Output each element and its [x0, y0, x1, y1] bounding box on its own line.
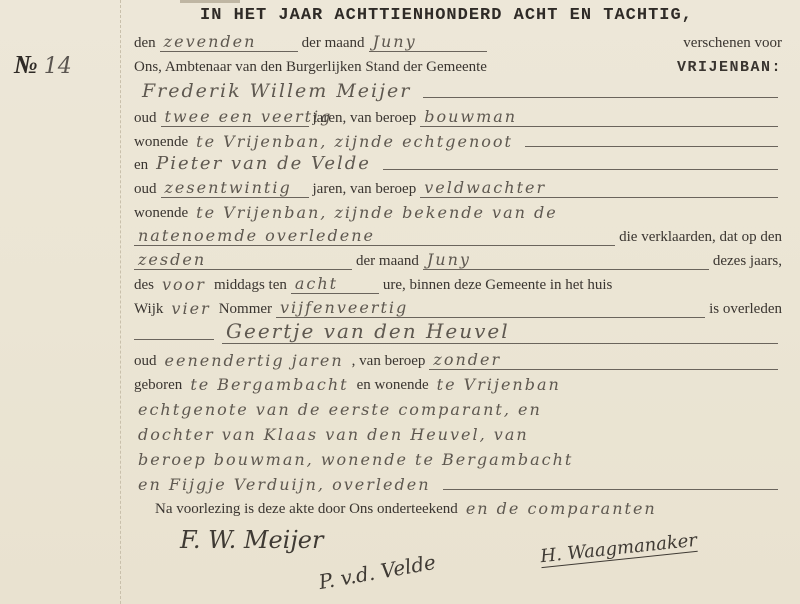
line-12: Wijk vier Nommer vijfenveertig is overle… [134, 294, 782, 318]
certificate-page: №14 IN HET JAAR ACHTTIENHONDERD ACHT EN … [0, 0, 800, 604]
line-13: Geertje van den Heuvel [134, 320, 782, 344]
number-sign: № [14, 50, 38, 79]
deceased-name: Geertje van den Heuvel [222, 319, 778, 344]
signature-registrar: H. Waagmanaker [539, 530, 698, 568]
line-3: Frederik Willem Meijer [134, 78, 782, 102]
line-9: natenoemde overledene die verklaarden, d… [134, 222, 782, 246]
line-10: zesden der maand Juny dezes jaars, [134, 246, 782, 270]
register-number: №14 [14, 50, 72, 80]
line-18: beroep bouwman, wonende te Bergambacht [134, 445, 782, 469]
signature-meijer: F. W. Meijer [180, 526, 323, 554]
line-7: oud zesentwintig jaren, van beroep veldw… [134, 174, 782, 198]
line-1: den zevenden der maand Juny verschenen v… [134, 28, 782, 52]
line-11: des voor middags ten acht ure, binnen de… [134, 270, 782, 294]
top-rule [180, 0, 240, 3]
number-value: 14 [44, 54, 72, 79]
margin-line [120, 0, 121, 604]
document-title: IN HET JAAR ACHTTIENHONDERD ACHT EN TACH… [200, 6, 693, 25]
declarant-1-name: Frederik Willem Meijer [138, 80, 415, 102]
signature-van-de-velde: P. v.d. Velde [317, 550, 438, 594]
line-5: wonende te Vrijenban, zijnde echtgenoot [134, 127, 782, 151]
municipality: VRIJENBAN: [677, 59, 782, 76]
declarant-2-name: Pieter van de Velde [152, 153, 375, 174]
line-14: oud eenendertig jaren , van beroep zonde… [134, 346, 782, 370]
line-15: geboren te Bergambacht en wonende te Vri… [134, 370, 782, 394]
line-20: Na voorlezing is deze akte door Ons onde… [155, 494, 782, 518]
line-8: wonende te Vrijenban, zijnde bekende van… [134, 198, 782, 222]
line-17: dochter van Klaas van den Heuvel, van [134, 420, 782, 444]
line-16: echtgenote van de eerste comparant, en [134, 395, 782, 419]
line-6: en Pieter van de Velde [134, 150, 782, 174]
line-2: Ons, Ambtenaar van den Burgerlijken Stan… [134, 52, 782, 76]
line-4: oud twee een veertig jaren, van beroep b… [134, 103, 782, 127]
line-19: en Fijgje Verduijn, overleden [134, 470, 782, 494]
